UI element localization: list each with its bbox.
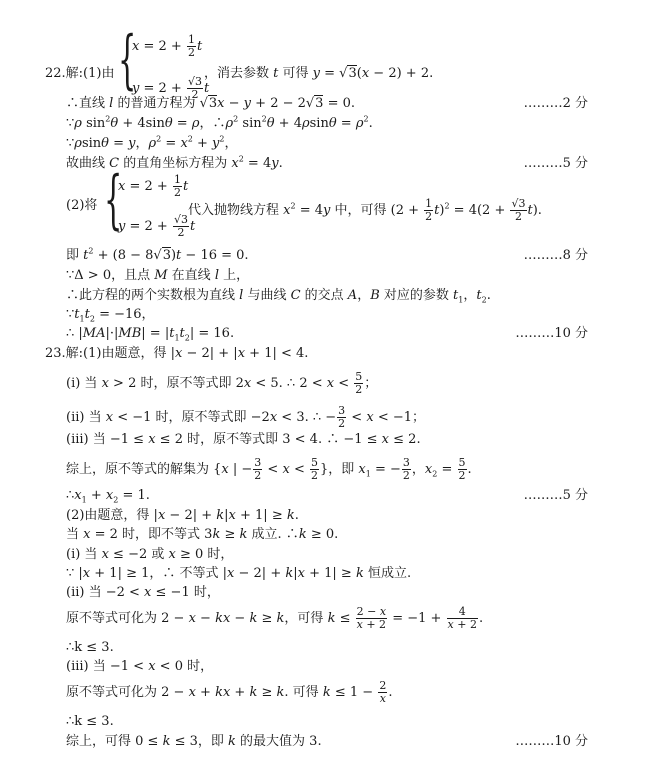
q23-summary: 综上，原不等式的解集为 {x | −32 < x < 52}，即 x1 = −3… <box>66 456 472 484</box>
q23-case2-iii: (iii) 当 −1 < x < 0 时， <box>66 659 213 675</box>
q22-curve-c-equation: 故曲线 C 的直角坐标方程为 x2 = 4y. <box>66 156 283 172</box>
q23-case-i: (i) 当 x > 2 时，原不等式即 2x < 5. ∴ 2 < x < 52… <box>66 370 377 398</box>
score-marker: ………10 分 <box>515 326 588 342</box>
q23-case2-iii-result: ∴k ≤ 3. <box>66 714 114 730</box>
score-marker: ………10 分 <box>515 734 588 750</box>
q22-part2-substitution: 代入抛物线方程 x2 = 4y 中，可得 (2 + 12t)2 = 4(2 + … <box>188 198 542 223</box>
q22-polar-step1: ∵ρ sin2θ + 4sinθ = ρ，∴ρ2 sin2θ + 4ρsinθ … <box>66 116 373 132</box>
q22-result: ∴ |MA|·|MB| = |t1t2| = 16. <box>66 326 234 342</box>
q22-product: ∵t1t2 = −16， <box>66 307 155 323</box>
q22-quadratic: 即 t2 + (8 − 8√3)t − 16 = 0. <box>66 248 249 264</box>
q22-roots: ∴此方程的两个实数根为直线 l 与曲线 C 的交点 A，B 对应的参数 t1，t… <box>66 288 491 304</box>
q23-part2-intro: (2)由题意，得 |x − 2| + k|x + 1| ≥ k. <box>66 508 299 524</box>
q23-case-ii: (ii) 当 x < −1 时，原不等式即 −2x < 3. ∴ −32 < x… <box>66 404 425 432</box>
score-marker: ………8 分 <box>524 248 588 264</box>
q22-delta: ∵Δ > 0，且点 M 在直线 l 上， <box>66 268 249 284</box>
score-marker: ………2 分 <box>524 96 588 112</box>
q23-case2-ii: (ii) 当 −2 < x ≤ −1 时， <box>66 585 220 601</box>
score-marker: ………5 分 <box>524 488 588 504</box>
score-marker: ………5 分 <box>524 156 588 172</box>
q23-conclusion: 综上，可得 0 ≤ k ≤ 3，即 k 的最大值为 3. <box>66 734 322 750</box>
q23-case2-ii-result: ∴k ≤ 3. <box>66 640 114 656</box>
q23-intro: 23.解:(1)由题意，得 |x − 2| + |x + 1| < 4. <box>45 346 308 362</box>
q23-case2-i: (i) 当 x ≤ −2 或 x ≥ 0 时， <box>66 547 233 563</box>
q23-x-eq-2: 当 x = 2 时，即不等式 3k ≥ k 成立. ∴k ≥ 0. <box>66 527 338 543</box>
q22-polar-step2: ∵ρsinθ = y，ρ2 = x2 + y2， <box>66 136 238 152</box>
q23-sum: ∴x1 + x2 = 1. <box>66 488 150 504</box>
q22-part2-intro: (2)将 <box>66 198 97 214</box>
q23-case-iii: (iii) 当 −1 ≤ x ≤ 2 时，原不等式即 3 < 4. ∴ −1 ≤… <box>66 432 421 448</box>
q22-part1-result: ，消去参数 t 可得 y = √3(x − 2) + 2. <box>204 66 433 82</box>
q22-line-l-equation: ∴直线 l 的普通方程为 √3x − y + 2 − 2√3 = 0. <box>66 96 355 112</box>
q23-case2-ii-text: 原不等式可化为 2 − x − kx − k ≥ k，可得 k ≤ 2 − xx… <box>66 604 483 634</box>
q23-case2-i-reason: ∵ |x + 1| ≥ 1，∴ 不等式 |x − 2| + k|x + 1| ≥… <box>66 566 411 582</box>
q22-part1-intro: 22.解:(1)由 <box>45 66 114 82</box>
q23-case2-iii-text: 原不等式可化为 2 − x + kx + k ≥ k. 可得 k ≤ 1 − 2… <box>66 678 392 708</box>
